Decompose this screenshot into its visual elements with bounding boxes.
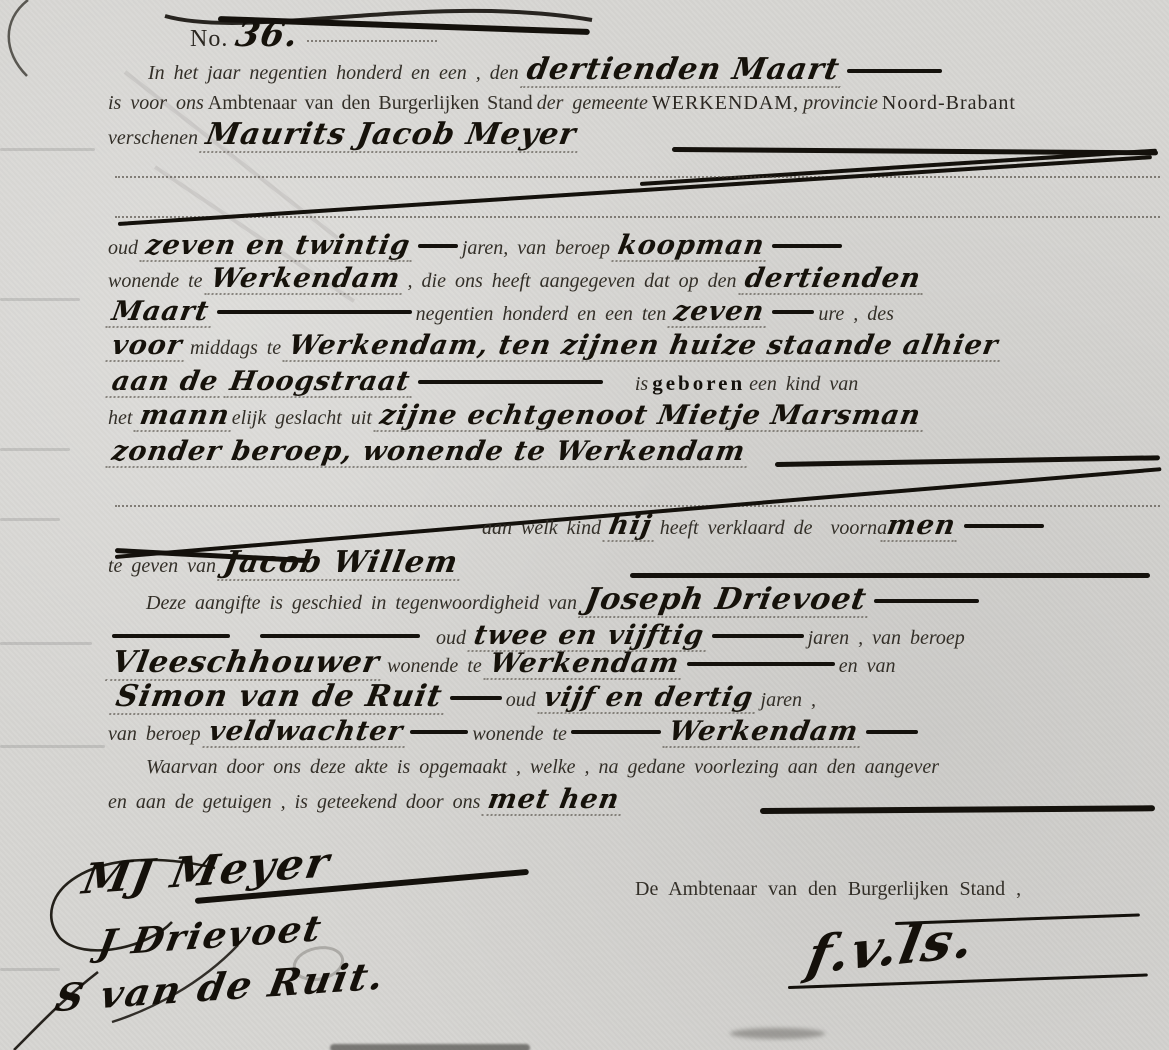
hw-street: Hoogstraat [223, 368, 416, 398]
municipality-name: WERKENDAM, [652, 92, 799, 114]
ink-filler-line [217, 310, 412, 314]
scan-smudge [730, 1028, 825, 1039]
hw-profession: koopman [611, 232, 771, 262]
act-number-label: No. [190, 26, 228, 52]
year-date-line: In het jaar negentien honderd en een , d… [148, 55, 942, 88]
printed-text: oud [108, 237, 138, 259]
hw-mother-name: zijne echtgenoot Mietje Marsman [373, 402, 927, 432]
witness1-line: Deze aangifte is geschied in tegenwoordi… [146, 585, 979, 618]
hw-age: zeven en twintig [139, 232, 416, 262]
signature-witness1: J Drievoet [100, 918, 321, 954]
printed-text: is voor ons [108, 92, 204, 114]
dotted-filler [307, 40, 437, 42]
scan-artifact-line [0, 148, 95, 151]
ink-filler-line [418, 244, 458, 248]
municipality-line: is voor ons Ambtenaar van den Burgerlijk… [108, 92, 1016, 115]
printed-text: van beroep [108, 723, 201, 745]
ink-filler-line [571, 730, 661, 734]
official-title-line: De Ambtenaar van den Burgerlijken Stand … [635, 878, 1021, 901]
hw-gender: mann [134, 402, 237, 432]
birth-certificate-scan: No. 36. In het jaar negentien honderd en… [0, 0, 1169, 1050]
printed-text: voorna [831, 517, 888, 539]
scan-artifact-line [0, 518, 60, 521]
printed-text: wonende te [108, 270, 203, 292]
hw-birth-hour: zeven [668, 298, 771, 328]
witness2-line: Simon van de Ruit oud vijf en dertig jar… [112, 682, 816, 715]
signature-witness2: S van de Ruit. [58, 968, 383, 1006]
ink-filler-line [260, 634, 420, 638]
hw-men: men [881, 512, 963, 542]
hw-witness1-residence: Werkendam [483, 650, 685, 680]
hw-voor: voor [105, 332, 188, 362]
hw-mother-residence: zonder beroep, wonende te Werkendam [105, 438, 751, 468]
age-profession-line: oud zeven en twintig jaren, van beroep k… [108, 232, 842, 262]
official-signature: f.v.ls. [810, 922, 973, 974]
hw-residence: Werkendam [204, 265, 406, 295]
closing-clause-line2: en aan de getuigen , is geteekend door o… [108, 786, 624, 816]
witness1-profession-line: Vleeschhouwer wonende te Werkendam en va… [108, 648, 895, 681]
scan-artifact-line [0, 642, 92, 645]
printed-text: wonende te [472, 723, 567, 745]
street-line: aan de Hoogstraat is geboren een kind va… [108, 368, 858, 398]
printed-text: een kind van [749, 373, 858, 395]
scan-artifact-line [0, 968, 60, 971]
hw-signature-witness2: S van de Ruit. [52, 957, 388, 1018]
scan-artifact-line [0, 298, 80, 301]
declarant-line: verschenen Maurits Jacob Meyer [108, 120, 580, 153]
printed-text: elijk geslacht uit [232, 407, 372, 429]
hw-birth-place: Werkendam, ten zijnen huize staande alhi… [283, 332, 1005, 362]
act-number-value: 36. [229, 18, 305, 53]
residence-line: wonende te Werkendam , die ons heeft aan… [108, 265, 924, 295]
printed-text: Deze aangifte is geschied in tegenwoordi… [146, 592, 577, 614]
printed-text: jaren, van beroep [462, 237, 610, 259]
printed-text: aan welk kind [482, 517, 601, 539]
province-name: Noord-Brabant [882, 92, 1016, 114]
scan-artifact-line [0, 745, 105, 748]
ink-filler-line [450, 696, 502, 700]
hw-declarant-name: Maurits Jacob Meyer [199, 120, 583, 153]
printed-text: te geven van [108, 555, 216, 577]
printed-text: wonende te [387, 655, 482, 677]
hw-met-hen: met hen [482, 786, 626, 816]
hw-witness1-profession: Vleeschhouwer [105, 648, 386, 681]
birth-time-line: Maart negentien honderd en een ten zeven… [108, 298, 894, 328]
ink-line [775, 455, 1160, 467]
hw-aan-de: aan de [105, 368, 224, 398]
printed-text: jaren , van beroep [808, 627, 965, 649]
blank-dotted-row [115, 216, 1160, 218]
printed-registrar: Ambtenaar van den Burgerlijken Stand [208, 92, 533, 114]
act-number-line: No. 36. [190, 18, 437, 53]
ink-line [630, 573, 1150, 578]
printed-text: Waarvan door ons deze akte is opgemaakt … [146, 756, 939, 778]
printed-text: en van [839, 655, 896, 677]
printed-text: jaren , [761, 689, 816, 711]
printed-text: heeft verklaard de [660, 517, 813, 539]
hw-signature-official: f.v.ls. [803, 914, 979, 983]
printed-official-title: De Ambtenaar van den Burgerlijken Stand … [635, 878, 1021, 900]
printed-text: middags te [190, 337, 281, 359]
printed-text: oud [506, 689, 536, 711]
closing-clause-line1: Waarvan door ons deze akte is opgemaakt … [146, 756, 939, 779]
printed-text: negentien honderd en een ten [416, 303, 667, 325]
signature-declarant: MJ Meyer [85, 850, 328, 892]
hw-witness1-name: Joseph Drievoet [578, 585, 873, 618]
ink-filler-line [772, 244, 842, 248]
ink-filler-line [712, 634, 804, 638]
scan-artifact-line [0, 448, 70, 451]
printed-year-text: In het jaar negentien honderd en een , d… [148, 62, 519, 84]
ink-filler-line [964, 524, 1044, 528]
ink-line [760, 805, 1155, 814]
child-names-line: te geven van Jacob Willem [108, 548, 461, 581]
page-edge-shadow [330, 1044, 530, 1050]
ink-filler-line [847, 69, 942, 73]
printed-text: , die ons heeft aangegeven dat op den [408, 270, 737, 292]
hw-date: dertienden Maart [520, 55, 846, 88]
hw-witness2-profession: veldwachter [202, 718, 409, 748]
hw-birth-month: Maart [105, 298, 215, 328]
ink-filler-line [418, 380, 603, 384]
printed-geboren-bold: geboren [652, 371, 745, 395]
birth-place-line: voor middags te Werkendam, ten zijnen hu… [108, 332, 1002, 362]
hw-witness2-name: Simon van de Ruit [109, 682, 449, 715]
hw-child-names: Jacob Willem [217, 548, 464, 581]
printed-text: verschenen [108, 127, 198, 149]
blank-dotted-row [115, 505, 1160, 507]
ink-filler-line [874, 599, 979, 603]
hw-birth-day: dertienden [738, 265, 927, 295]
hw-witness2-residence: Werkendam [662, 718, 864, 748]
printed-text: provincie [803, 92, 878, 114]
hw-witness2-age: vijf en dertig [537, 684, 759, 714]
printed-text: is [635, 373, 648, 395]
ink-filler-line [410, 730, 468, 734]
mother-residence-line: zonder beroep, wonende te Werkendam [108, 438, 749, 468]
printed-text: oud [436, 627, 466, 649]
printed-text: het [108, 407, 132, 429]
hw-signature-witness1: J Drievoet [95, 910, 326, 961]
ink-filler-line [112, 634, 230, 638]
ink-strike-wedge [640, 149, 1157, 186]
ink-filler-line [866, 730, 918, 734]
printed-text: ure , des [818, 303, 894, 325]
ink-filler-line [772, 310, 814, 314]
ink-filler-line [687, 662, 835, 666]
blank-dotted-row [115, 176, 1160, 178]
printed-text: der gemeente [537, 92, 648, 114]
witness2-profession-line: van beroep veldwachter wonende te Werken… [108, 718, 918, 748]
hw-hij: hij [602, 512, 658, 542]
names-declaration-line: aan welk kind hij heeft verklaard de voo… [482, 512, 1044, 542]
printed-text: en aan de getuigen , is geteekend door o… [108, 791, 480, 813]
gender-mother-line: het mann elijk geslacht uit zijne echtge… [108, 402, 924, 432]
